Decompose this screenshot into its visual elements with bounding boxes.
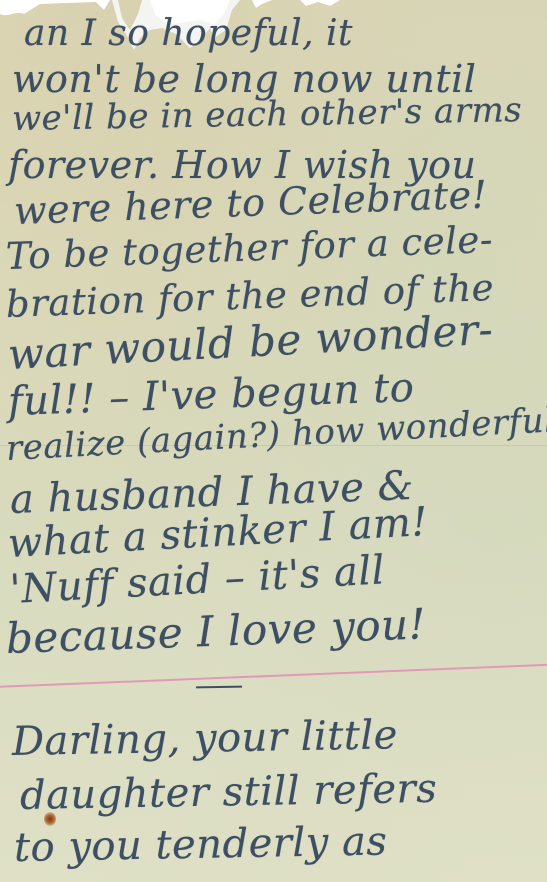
letter-line-3: we'll be in each other's arms <box>12 93 523 136</box>
letter-page: an I so hopeful, it won't be long now un… <box>0 0 547 882</box>
letter-line-16: daughter still refers <box>20 769 438 816</box>
rust-stain <box>44 812 56 826</box>
letter-line-1: an I so hopeful, it <box>24 16 353 52</box>
separator-dash <box>196 686 242 689</box>
pink-ruled-line <box>0 664 547 688</box>
letter-line-15: Darling, your little <box>12 715 399 762</box>
letter-line-17: to you tenderly as <box>14 821 388 868</box>
letter-line-14: because I love you! <box>5 603 426 660</box>
